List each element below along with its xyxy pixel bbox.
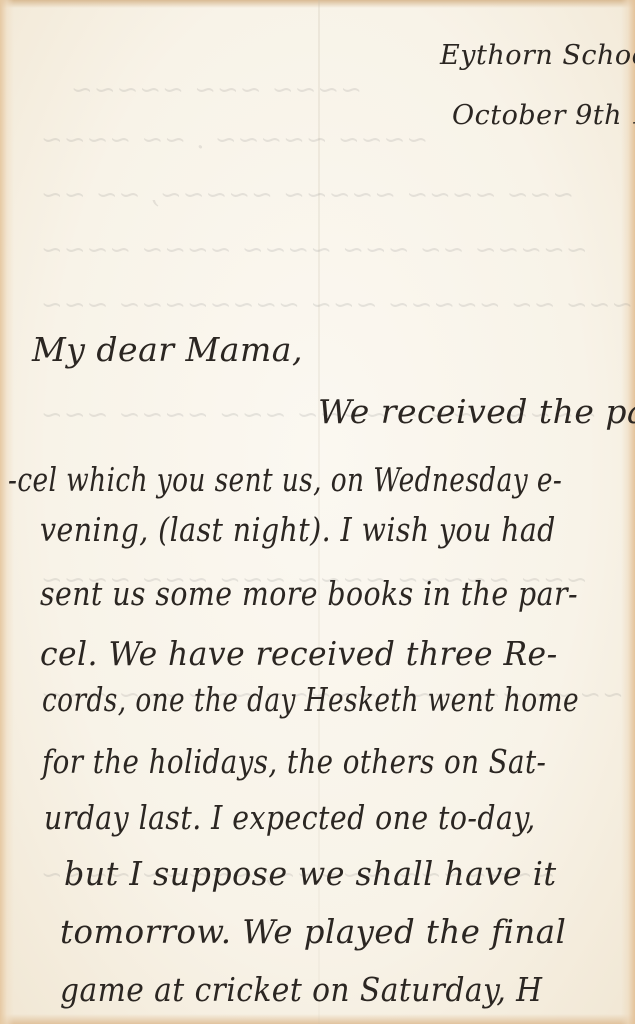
letter-body-line: cords, one the day Hesketh went home bbox=[42, 680, 579, 719]
letter-date: October 9th 1850 bbox=[452, 100, 635, 131]
letter-body-line: urday last. I expected one to-day, bbox=[44, 798, 536, 837]
letter-body-line: We received the par- bbox=[318, 392, 635, 431]
letter-body-line: -cel which you sent us, on Wednesday e- bbox=[8, 460, 562, 499]
letter-body-line: game at cricket on Saturday, H bbox=[60, 970, 542, 1009]
letter-body-line: for the holidays, the others on Sat- bbox=[42, 742, 546, 781]
letter-body-line: tomorrow. We played the final bbox=[60, 912, 566, 951]
paper-edge-stain-right bbox=[621, 0, 635, 1024]
bleed-through-ink: ~~~~ ~~~~~ . ~~ ~~~~ bbox=[40, 125, 428, 155]
bleed-through-ink: ~~~ ~~~~ ~~~~~ ~~~~~, ~~ ~~ bbox=[40, 180, 574, 210]
letter-body-line: cel. We have received three Re- bbox=[40, 634, 558, 673]
bleed-through-ink: ~~~ ~~ ~~~~~ ~~~ ~~~~~~~~ ~~~ bbox=[40, 290, 633, 320]
bleed-through-ink: ~~~~~ ~~ ~~~ ~~~~ ~~~~ ~~~~ bbox=[40, 235, 588, 265]
letter-body-line: but I suppose we shall have it bbox=[64, 854, 557, 893]
letter-body-line: vening, (last night). I wish you had bbox=[40, 510, 556, 549]
paper-edge-stain-left bbox=[0, 0, 14, 1024]
letter-body-line: sent us some more books in the par- bbox=[40, 574, 578, 613]
letter-place: Eythorn School. bbox=[440, 40, 635, 71]
letter-salutation: My dear Mama, bbox=[32, 330, 303, 369]
bleed-through-ink: ~~~~ ~~~ ~~~~~ bbox=[70, 75, 362, 105]
letter-page: ~~~~ ~~~ ~~~~~ ~~~~ ~~~~~ . ~~ ~~~~ ~~~ … bbox=[0, 0, 635, 1024]
